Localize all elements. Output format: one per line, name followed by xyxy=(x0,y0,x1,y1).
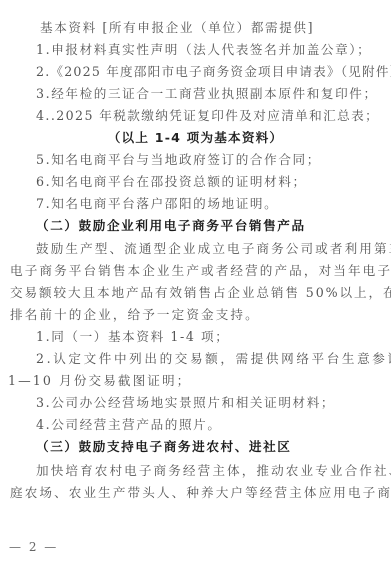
paragraph-line: 加快培育农村电子商务经营主体，推动农业专业合作社、家 xyxy=(36,463,376,479)
paragraph-line: 交易额较大且本地产品有效销售占企业总销售 50%以上，在全市 xyxy=(10,285,386,301)
list-item: 4.公司经营主营产品的照片。 xyxy=(36,417,376,433)
list-item: 3.经年检的三证合一工商营业执照副本原件和复印件； xyxy=(36,86,376,102)
list-item: 5.知名电商平台与当地政府签订的合作合同； xyxy=(36,152,376,168)
list-item: 1.申报材料真实性声明（法人代表签名并加盖公章）； xyxy=(36,42,376,58)
list-item: 2.认定文件中列出的交易额，需提供网络平台生意参谋中 xyxy=(36,351,376,367)
paragraph-line: 电子商务平台销售本企业生产或者经营的产品，对当年电子商务 xyxy=(10,263,386,279)
list-item: 4..2025 年税款缴纳凭证复印件及对应清单和汇总表； xyxy=(36,108,376,124)
section-heading-3: （三）鼓励支持电子商务进农村、进社区 xyxy=(36,439,376,455)
list-item: 1.同（一）基本资料 1-4 项； xyxy=(36,329,376,345)
paragraph-line: 排名前十的企业，给予一定资金支持。 xyxy=(10,307,386,323)
document-page: 基本资料 [所有申报企业（单位）都需提供] 1.申报材料真实性声明（法人代表签名… xyxy=(0,0,391,561)
list-item-continued: 1—10 月份交易截图证明； xyxy=(8,373,384,389)
basic-materials-header: 基本资料 [所有申报企业（单位）都需提供] xyxy=(40,20,380,36)
list-item: 3.公司办公经营场地实景照片和相关证明材料； xyxy=(36,395,376,411)
page-number: — 2 — xyxy=(9,540,58,554)
list-item: 6.知名电商平台在邵投资总额的证明材料； xyxy=(36,174,376,190)
basic-materials-note: （以上 1-4 项为基本资料） xyxy=(0,130,391,146)
list-item: 7.知名电商平台落户邵阳的场地证明。 xyxy=(36,196,376,212)
paragraph-line: 鼓励生产型、流通型企业成立电子商务公司或者利用第三方 xyxy=(36,241,376,257)
section-heading-2: （二）鼓励企业利用电子商务平台销售产品 xyxy=(36,218,376,234)
list-item: 2.《2025 年度邵阳市电子商务资金项目申请表》（见附件）； xyxy=(36,64,376,80)
paragraph-line: 庭农场、农业生产带头人、种养大户等经营主体应用电子商务， xyxy=(10,485,386,501)
